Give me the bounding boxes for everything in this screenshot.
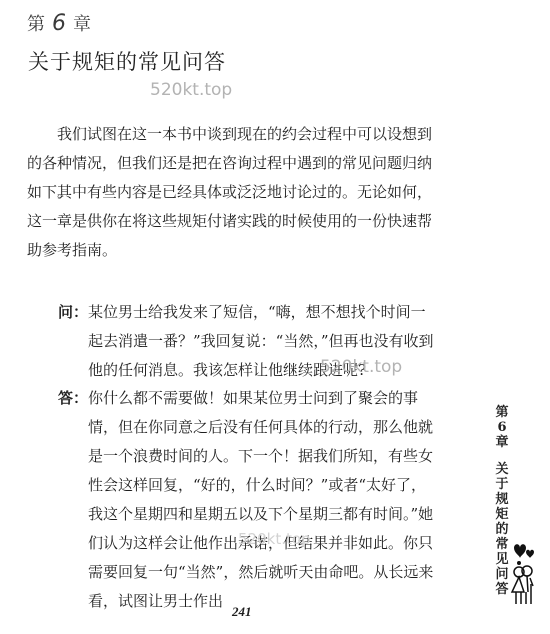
intro-paragraph-2: 其中有些内容是已经具体或泛泛地讨论过的。无论如何，这一章是供你在将这些规矩付诸实… [27,178,437,265]
chapter-suffix: 章 [73,14,92,35]
chapter-number: 第6章 [27,10,92,36]
question-label: 问： [58,298,88,327]
answer-block: 答： 你什么都不需要做！如果某位男士问到了聚会的事情，但在你同意之后没有任何具体… [58,384,438,616]
answer-text: 你什么都不需要做！如果某位男士问到了聚会的事情，但在你同意之后没有任何具体的行动… [88,384,438,616]
side-title-char: 于 [492,477,512,492]
watermark: 520kt.top [238,530,311,548]
watermark: 520kt.top [150,80,232,100]
chapter-prefix: 第 [27,14,46,35]
side-chapter-char: 第 [492,405,512,420]
side-chapter-char: 6 [492,420,512,435]
couple-hearts-icon [506,540,546,610]
page-number: 241 [232,604,252,620]
side-title-char: 的 [492,522,512,537]
side-title-char: 规 [492,492,512,507]
answer-label: 答： [58,384,88,413]
side-title-char: 关 [492,462,512,477]
chapter-title: 关于规矩的常见问答 [28,46,226,76]
side-title-char: 矩 [492,507,512,522]
watermark: 520kt.top [320,357,402,377]
side-chapter-char: 章 [492,435,512,450]
paragraph-text: 其中有些内容是已经具体或泛泛地讨论过的。无论如何，这一章是供你在将这些规矩付诸实… [27,178,437,265]
chapter-digit: 6 [52,11,67,36]
